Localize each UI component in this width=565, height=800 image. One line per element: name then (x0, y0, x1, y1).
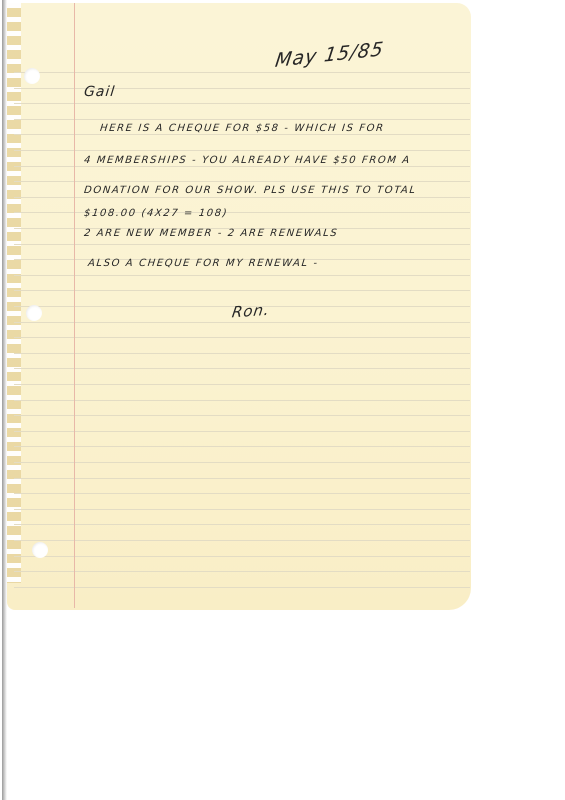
ruled-line (14, 524, 470, 525)
margin-line (74, 3, 75, 608)
signature: Ron. (231, 301, 271, 322)
ruled-line (14, 368, 470, 369)
ruled-line (14, 103, 470, 104)
ruled-line (14, 134, 470, 135)
ruled-line (14, 587, 470, 588)
punch-hole-top (24, 68, 40, 84)
ruled-line (14, 478, 470, 479)
ruled-line (14, 244, 470, 245)
ruled-line (14, 150, 470, 151)
ruled-line (14, 119, 470, 120)
ruled-line (14, 384, 470, 385)
ruled-line (14, 88, 470, 89)
ruled-line (14, 290, 470, 291)
ruled-line (14, 166, 470, 167)
ruled-line (14, 493, 470, 494)
punch-hole-middle (26, 305, 42, 321)
ruled-line (14, 571, 470, 572)
ruled-line (14, 462, 470, 463)
ruled-line (14, 540, 470, 541)
salutation: Gail (83, 84, 116, 100)
ruled-line (14, 337, 470, 338)
body-line-3: Donation for our show. Pls use this to t… (83, 185, 417, 196)
body-line-4: $108.00 (4x27 = 108) (83, 208, 228, 219)
ruled-line (14, 212, 470, 213)
ruled-line (14, 431, 470, 432)
body-line-6: Also a cheque for my Renewal - (87, 258, 319, 269)
ruled-line (14, 446, 470, 447)
ruled-line (14, 400, 470, 401)
body-line-5: 2 are new member - 2 are Renewals (83, 228, 338, 239)
ruled-line (14, 556, 470, 557)
ruled-line (14, 353, 470, 354)
body-line-1: Here is a cheque for $58 - which is for (99, 123, 385, 134)
ruled-line (14, 509, 470, 510)
ruled-line (14, 275, 470, 276)
punch-hole-bottom (32, 542, 48, 558)
ruled-line (14, 415, 470, 416)
ruled-line (14, 72, 470, 73)
ruled-line (14, 181, 470, 182)
perforated-torn-edge (7, 3, 21, 583)
ruled-line (14, 322, 470, 323)
body-line-2: 4 memberships - You already have $50 fro… (83, 155, 411, 166)
ruled-line (14, 197, 470, 198)
